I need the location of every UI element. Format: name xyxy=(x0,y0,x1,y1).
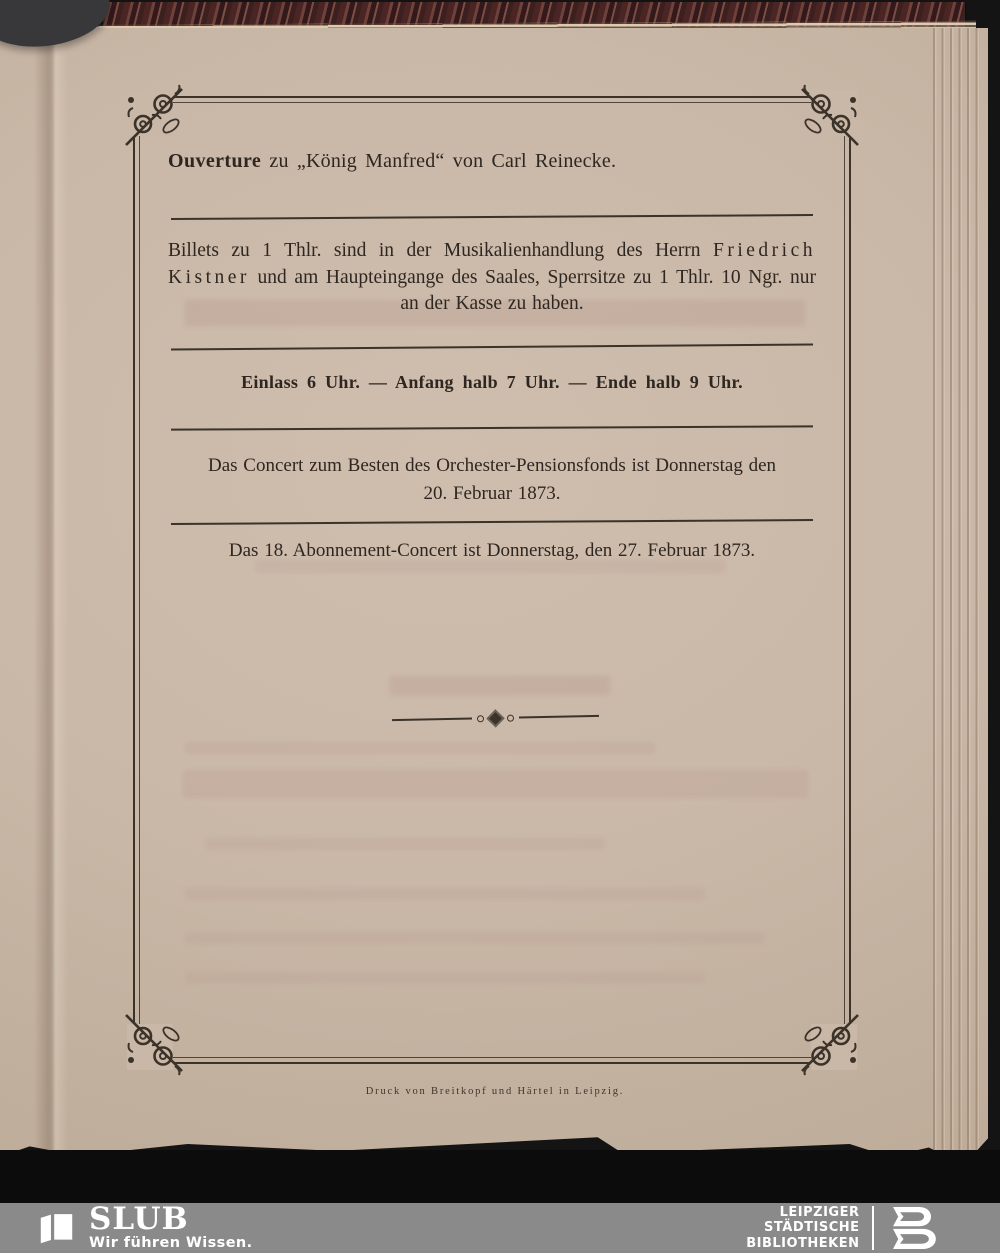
subscription-concert-notice: Das 18. Abonnement-Concert ist Donnersta… xyxy=(168,540,816,562)
corner-flourish-icon xyxy=(799,82,865,148)
benefit-concert-notice: Das Concert zum Besten des Orchester-Pen… xyxy=(168,452,816,507)
title-work: Ouverture xyxy=(168,150,261,172)
slub-wordmark: SLUB xyxy=(89,1205,253,1233)
library-footer-strip: SLUB Wir führen Wissen. LEIPZIGER STÄDTI… xyxy=(0,1203,1000,1253)
program-title: Ouverture zu „König Manfred“ von Carl Re… xyxy=(168,150,816,173)
slub-logo: SLUB Wir führen Wissen. xyxy=(38,1205,253,1251)
page-stack-right-edge xyxy=(928,28,982,1168)
corner-flourish-icon xyxy=(799,1012,865,1078)
title-attribution: zu „König Manfred“ von Carl Reinecke. xyxy=(261,150,616,172)
book-b-logo-icon xyxy=(886,1205,942,1251)
gutter-shadow xyxy=(34,28,68,1168)
corner-flourish-icon xyxy=(119,82,185,148)
corner-flourish-icon xyxy=(119,1012,185,1078)
logo-divider xyxy=(872,1206,875,1250)
admission-times-line: Einlass 6 Uhr. — Anfang halb 7 Uhr. — En… xyxy=(168,372,816,393)
slub-tagline: Wir führen Wissen. xyxy=(89,1235,253,1251)
library-name: LEIPZIGER STÄDTISCHE BIBLIOTHEKEN xyxy=(746,1205,859,1252)
ticket-info-paragraph: Billets zu 1 Thlr. sind in der Musikalie… xyxy=(168,238,816,318)
printer-imprint: Druck von Breitkopf und Härtel in Leipzi… xyxy=(250,1086,740,1097)
open-book-icon xyxy=(38,1209,75,1247)
scanned-book-photo: Ouverture zu „König Manfred“ von Carl Re… xyxy=(0,0,1000,1253)
leipzig-library-logo: LEIPZIGER STÄDTISCHE BIBLIOTHEKEN xyxy=(746,1205,942,1252)
